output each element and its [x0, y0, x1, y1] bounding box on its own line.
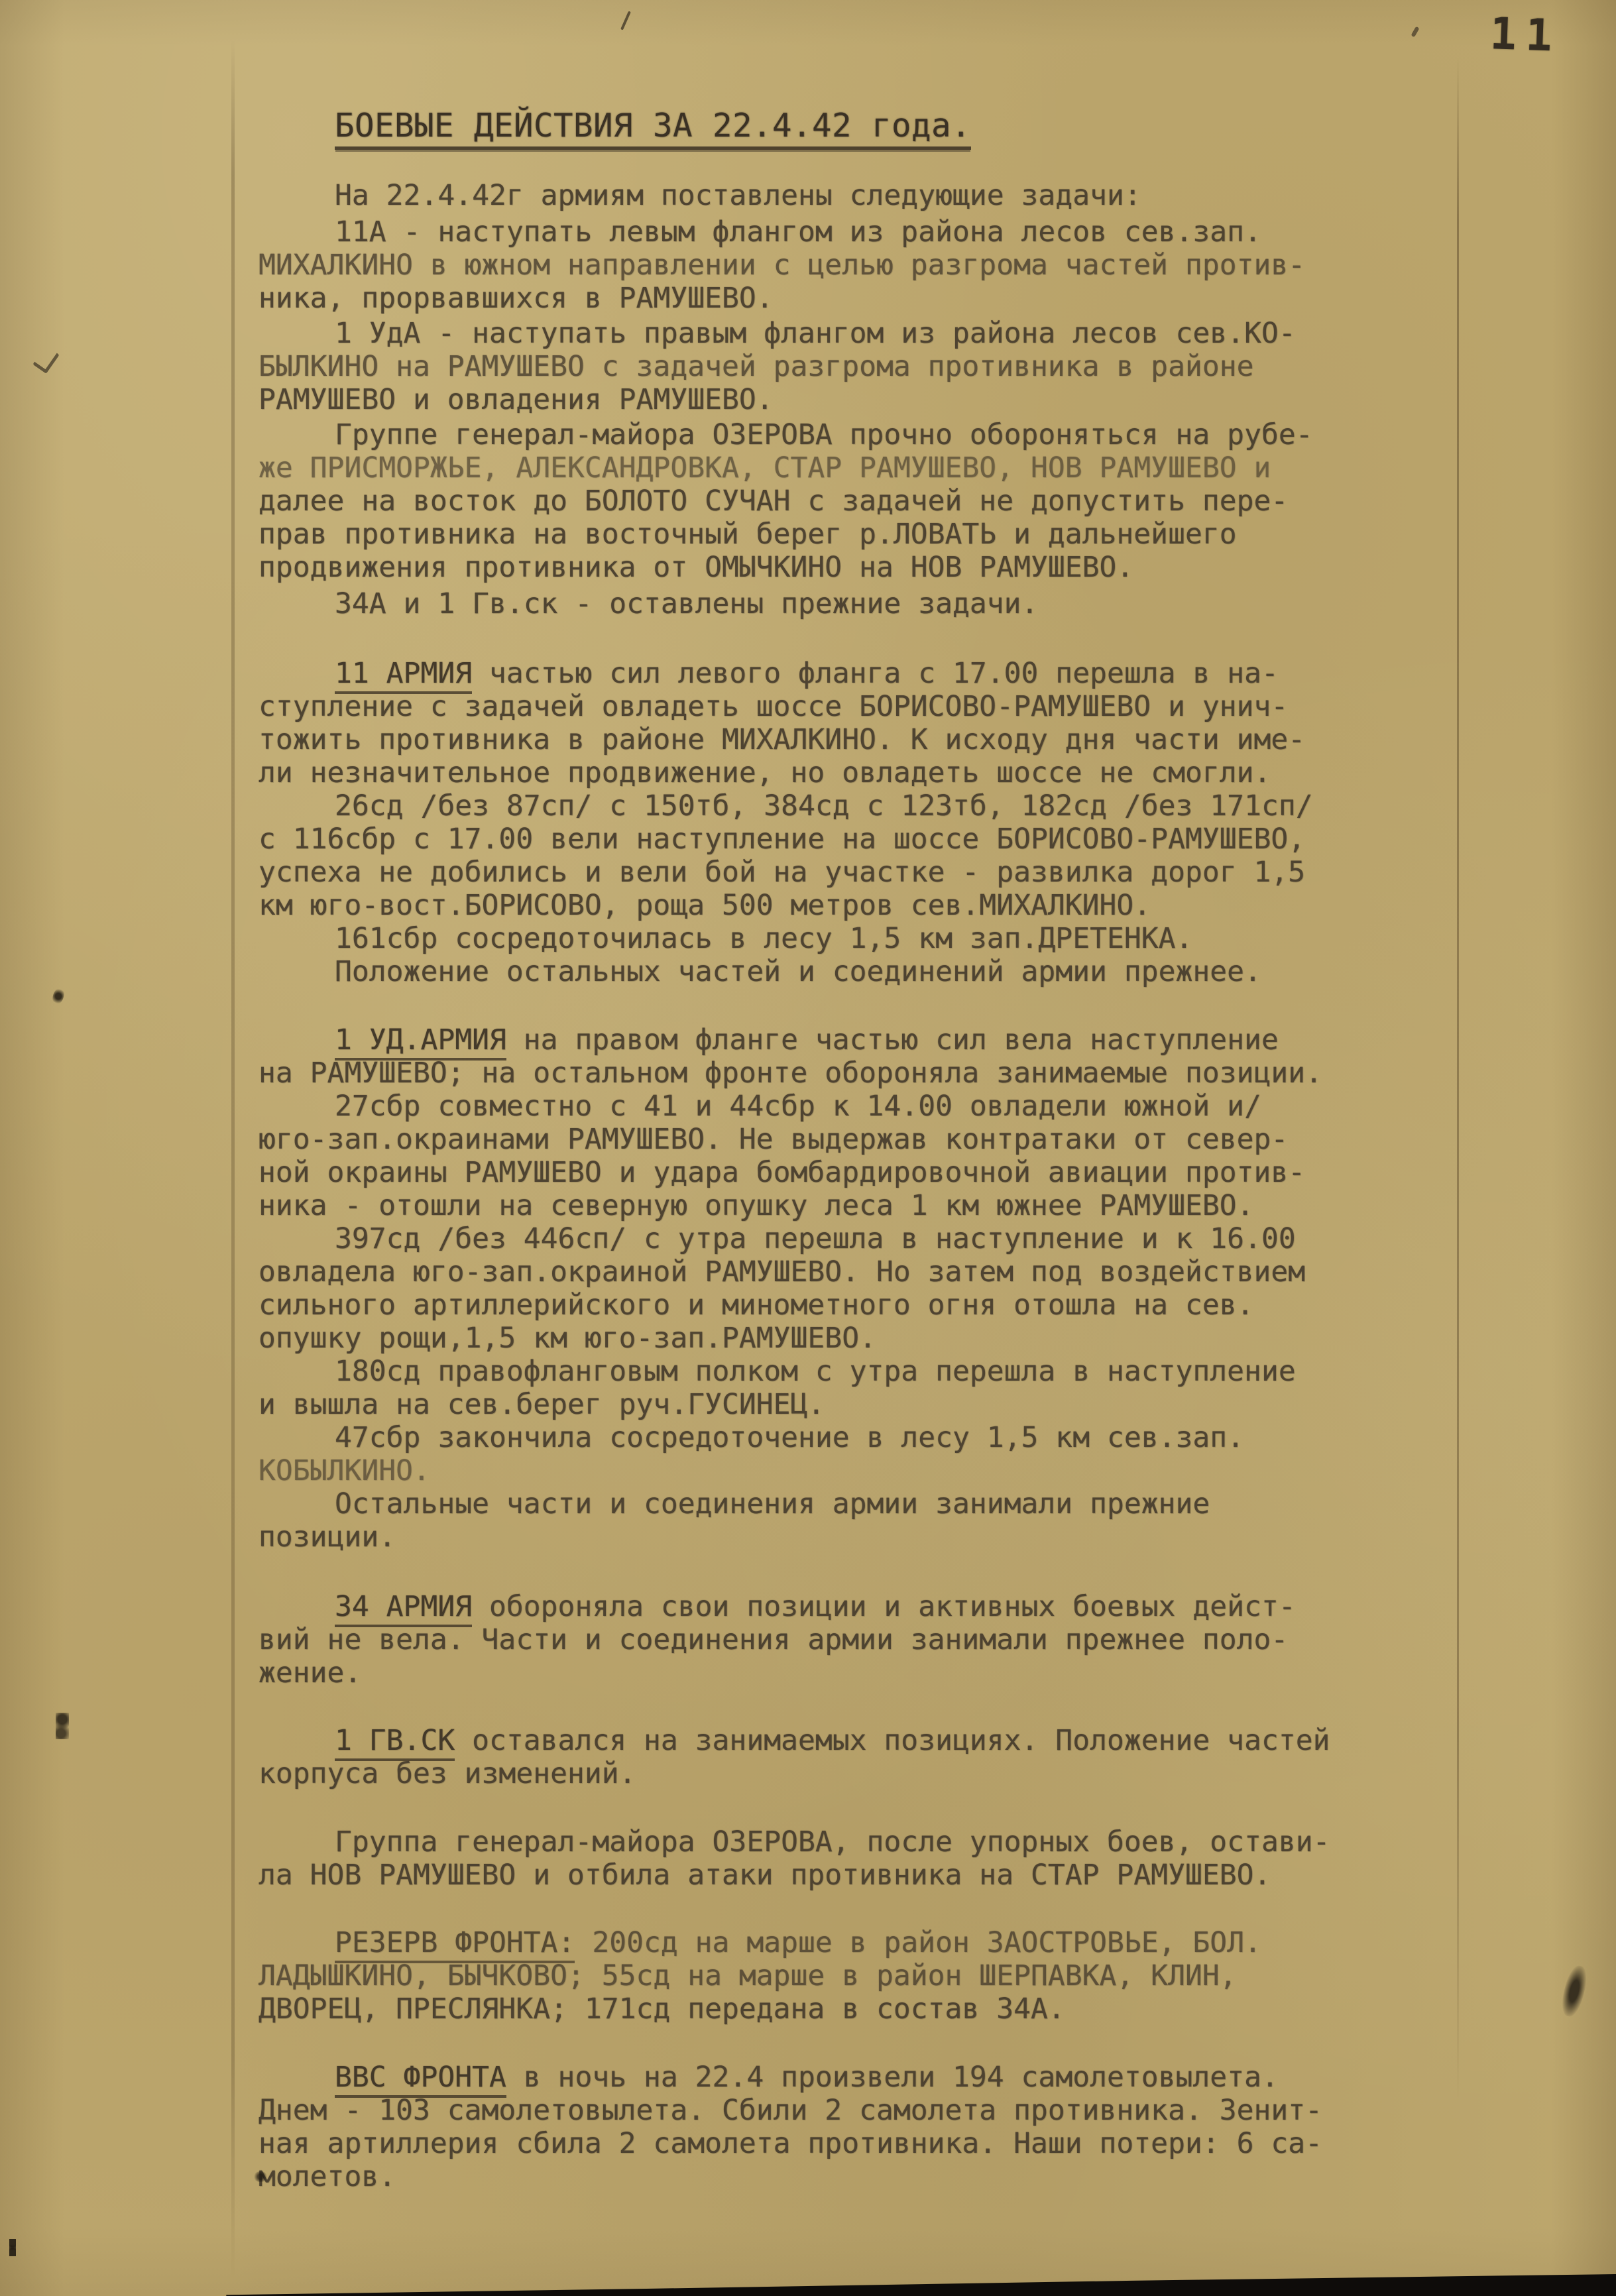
text-line: молетов. [259, 2160, 1518, 2193]
report-title: БОЕВЫЕ ДЕЙСТВИЯ ЗА 22.4.42 года. [335, 106, 1518, 146]
text-line: 180сд правофланговым полком с утра переш… [259, 1355, 1518, 1388]
text-line: же ПРИСМОРЖЬЕ, АЛЕКСАНДРОВКА, СТАР РАМУШ… [259, 451, 1518, 485]
text-line: 1 ГВ.СК оставался на занимаемых позициях… [259, 1724, 1518, 1757]
text-line: сильного артиллерийского и минометного о… [259, 1289, 1518, 1322]
text-line-rest: частью сил левого фланга с 17.00 перешла… [472, 657, 1279, 690]
section-heading: ВВС ФРОНТА [335, 2061, 506, 2098]
text-line-rest: оставался на занимаемых позициях. Положе… [455, 1724, 1330, 1757]
text-line: Группе генерал-майора ОЗЕРОВА прочно обо… [259, 418, 1518, 451]
text-line: ника - отошли на северную опушку леса 1 … [259, 1189, 1518, 1222]
text-line: и вышла на сев.берег руч.ГУСИНЕЦ. [259, 1388, 1518, 1421]
text-line: позиции. [259, 1521, 1518, 1554]
section-11-army: 11 АРМИЯ частью сил левого фланга с 17.0… [259, 657, 1518, 988]
text-line: 11А - наступать левым флангом из района … [259, 215, 1518, 249]
section-1-guards-corps: 1 ГВ.СК оставался на занимаемых позициях… [259, 1724, 1518, 1790]
section-heading: 11 АРМИЯ [335, 657, 472, 694]
text-line: 11 АРМИЯ частью сил левого фланга с 17.0… [259, 657, 1518, 690]
section-34-army: 34 АРМИЯ обороняла свои позиции и активн… [259, 1590, 1518, 1690]
text-line: далее на восток до БОЛОТО СУЧАН с задаче… [259, 485, 1518, 518]
text-line: на РАМУШЕВО; на остальном фронте обороня… [259, 1057, 1518, 1090]
text-line: ла НОВ РАМУШЕВО и отбила атаки противник… [259, 1859, 1518, 1892]
section-heading: 1 ГВ.СК [335, 1724, 455, 1761]
task-11a: 11А - наступать левым флангом из района … [259, 215, 1518, 315]
report-title-text: БОЕВЫЕ ДЕЙСТВИЯ ЗА 22.4.42 года. [335, 107, 971, 150]
text-line: На 22.4.42г армиям поставлены следующие … [259, 179, 1518, 212]
text-line: 34А и 1 Гв.ск - оставлены прежние задачи… [259, 587, 1518, 620]
text-line: ступление с задачей овладеть шоссе БОРИС… [259, 690, 1518, 723]
text-line: РАМУШЕВО и овладения РАМУШЕВО. [259, 383, 1518, 416]
text-line: Группа генерал-майора ОЗЕРОВА, после упо… [259, 1825, 1518, 1859]
task-34a-1gvsk: 34А и 1 Гв.ск - оставлены прежние задачи… [259, 587, 1518, 620]
section-heading: РЕЗЕРВ ФРОНТА: [335, 1926, 575, 1963]
text-line: 34 АРМИЯ обороняла свои позиции и активн… [259, 1590, 1518, 1623]
page-number-stamp: 11 [1489, 8, 1562, 62]
text-line: корпуса без изменений. [259, 1757, 1518, 1790]
text-line: БЫЛКИНО на РАМУШЕВО с задачей разгрома п… [259, 350, 1518, 383]
text-line: ная артиллерия сбила 2 самолета противни… [259, 2127, 1518, 2160]
section-heading: 1 УД.АРМИЯ [335, 1023, 506, 1061]
text-line: 161сбр сосредоточилась в лесу 1,5 км зап… [259, 922, 1518, 955]
text-line: 47сбр закончила сосредоточение в лесу 1,… [259, 1421, 1518, 1454]
section-heading: 34 АРМИЯ [335, 1590, 472, 1627]
text-line: ВВС ФРОНТА в ночь на 22.4 произвели 194 … [259, 2061, 1518, 2094]
text-line: Днем - 103 самолетовылета. Сбили 2 самол… [259, 2094, 1518, 2127]
text-line: КОБЫЛКИНО. [259, 1454, 1518, 1487]
text-line: ника, прорвавшихся в РАМУШЕВО. [259, 282, 1518, 315]
text-line: жение. [259, 1656, 1518, 1690]
text-line: вий не вела. Части и соединения армии за… [259, 1623, 1518, 1656]
text-line-rest: на правом фланге частью сил вела наступл… [506, 1023, 1279, 1057]
text-line: успеха не добились и вели бой на участке… [259, 856, 1518, 889]
text-line: РЕЗЕРВ ФРОНТА: 200сд на марше в район ЗА… [259, 1926, 1518, 1959]
order-intro: На 22.4.42г армиям поставлены следующие … [259, 179, 1518, 212]
front-reserve: РЕЗЕРВ ФРОНТА: 200сд на марше в район ЗА… [259, 1926, 1518, 2026]
left-fold-line [231, 40, 235, 2280]
section-1-shock-army: 1 УД.АРМИЯ на правом фланге частью сил в… [259, 1023, 1518, 1554]
text-line-rest: в ночь на 22.4 произвели 194 самолетовыл… [506, 2061, 1279, 2094]
text-line: опушку рощи,1,5 км юго-зап.РАМУШЕВО. [259, 1322, 1518, 1355]
text-line: 27сбр совместно с 41 и 44сбр к 14.00 овл… [259, 1090, 1518, 1123]
text-line: юго-зап.окраинами РАМУШЕВО. Не выдержав … [259, 1123, 1518, 1156]
text-line: овладела юго-зап.окраиной РАМУШЕВО. Но з… [259, 1255, 1518, 1289]
text-line: продвижения противника от ОМЫЧКИНО на НО… [259, 551, 1518, 584]
text-line: прав противника на восточный берег р.ЛОВ… [259, 518, 1518, 551]
task-ozerov-group: Группе генерал-майора ОЗЕРОВА прочно обо… [259, 418, 1518, 584]
text-line: МИХАЛКИНО в южном направлении с целью ра… [259, 249, 1518, 282]
text-line: 26сд /без 87сп/ с 150тб, 384сд с 123тб, … [259, 789, 1518, 823]
text-line: 397сд /без 446сп/ с утра перешла в насту… [259, 1222, 1518, 1255]
text-line: Остальные части и соединения армии заним… [259, 1487, 1518, 1521]
ink-mark [56, 1713, 69, 1739]
text-line: Положение остальных частей и соединений … [259, 955, 1518, 988]
text-line: тожить противника в районе МИХАЛКИНО. К … [259, 723, 1518, 756]
text-line-rest: 200сд на марше в район ЗАОСТРОВЬЕ, БОЛ. [575, 1926, 1261, 1959]
front-airforce: ВВС ФРОНТА в ночь на 22.4 произвели 194 … [259, 2061, 1518, 2193]
scanned-report-page: 11 БОЕВЫЕ ДЕЙСТВИЯ ЗА 22.4.42 года. На 2… [0, 0, 1616, 2296]
text-line: ДВОРЕЦ, ПРЕСЛЯНКА; 171сд передана в сост… [259, 1992, 1518, 2026]
text-line: км юго-вост.БОРИСОВО, роща 500 метров се… [259, 889, 1518, 922]
text-line-rest: обороняла свои позиции и активных боевых… [472, 1590, 1296, 1623]
text-line: 1 УД.АРМИЯ на правом фланге частью сил в… [259, 1023, 1518, 1057]
ozerov-group-result: Группа генерал-майора ОЗЕРОВА, после упо… [259, 1825, 1518, 1892]
ink-mark [9, 2239, 16, 2256]
report-body: БОЕВЫЕ ДЕЙСТВИЯ ЗА 22.4.42 года. На 22.4… [259, 106, 1518, 2193]
text-line: с 116сбр с 17.00 вели наступление на шос… [259, 823, 1518, 856]
text-line: ной окраины РАМУШЕВО и удара бомбардиров… [259, 1156, 1518, 1189]
text-line: 1 УдА - наступать правым флангом из райо… [259, 317, 1518, 350]
ink-mark [253, 2171, 268, 2182]
text-line: ли незначительное продвижение, но овладе… [259, 756, 1518, 789]
task-1uda: 1 УдА - наступать правым флангом из райо… [259, 317, 1518, 416]
text-line: ЛАДЫШКИНО, БЫЧКОВО; 55сд на марше в райо… [259, 1959, 1518, 1992]
